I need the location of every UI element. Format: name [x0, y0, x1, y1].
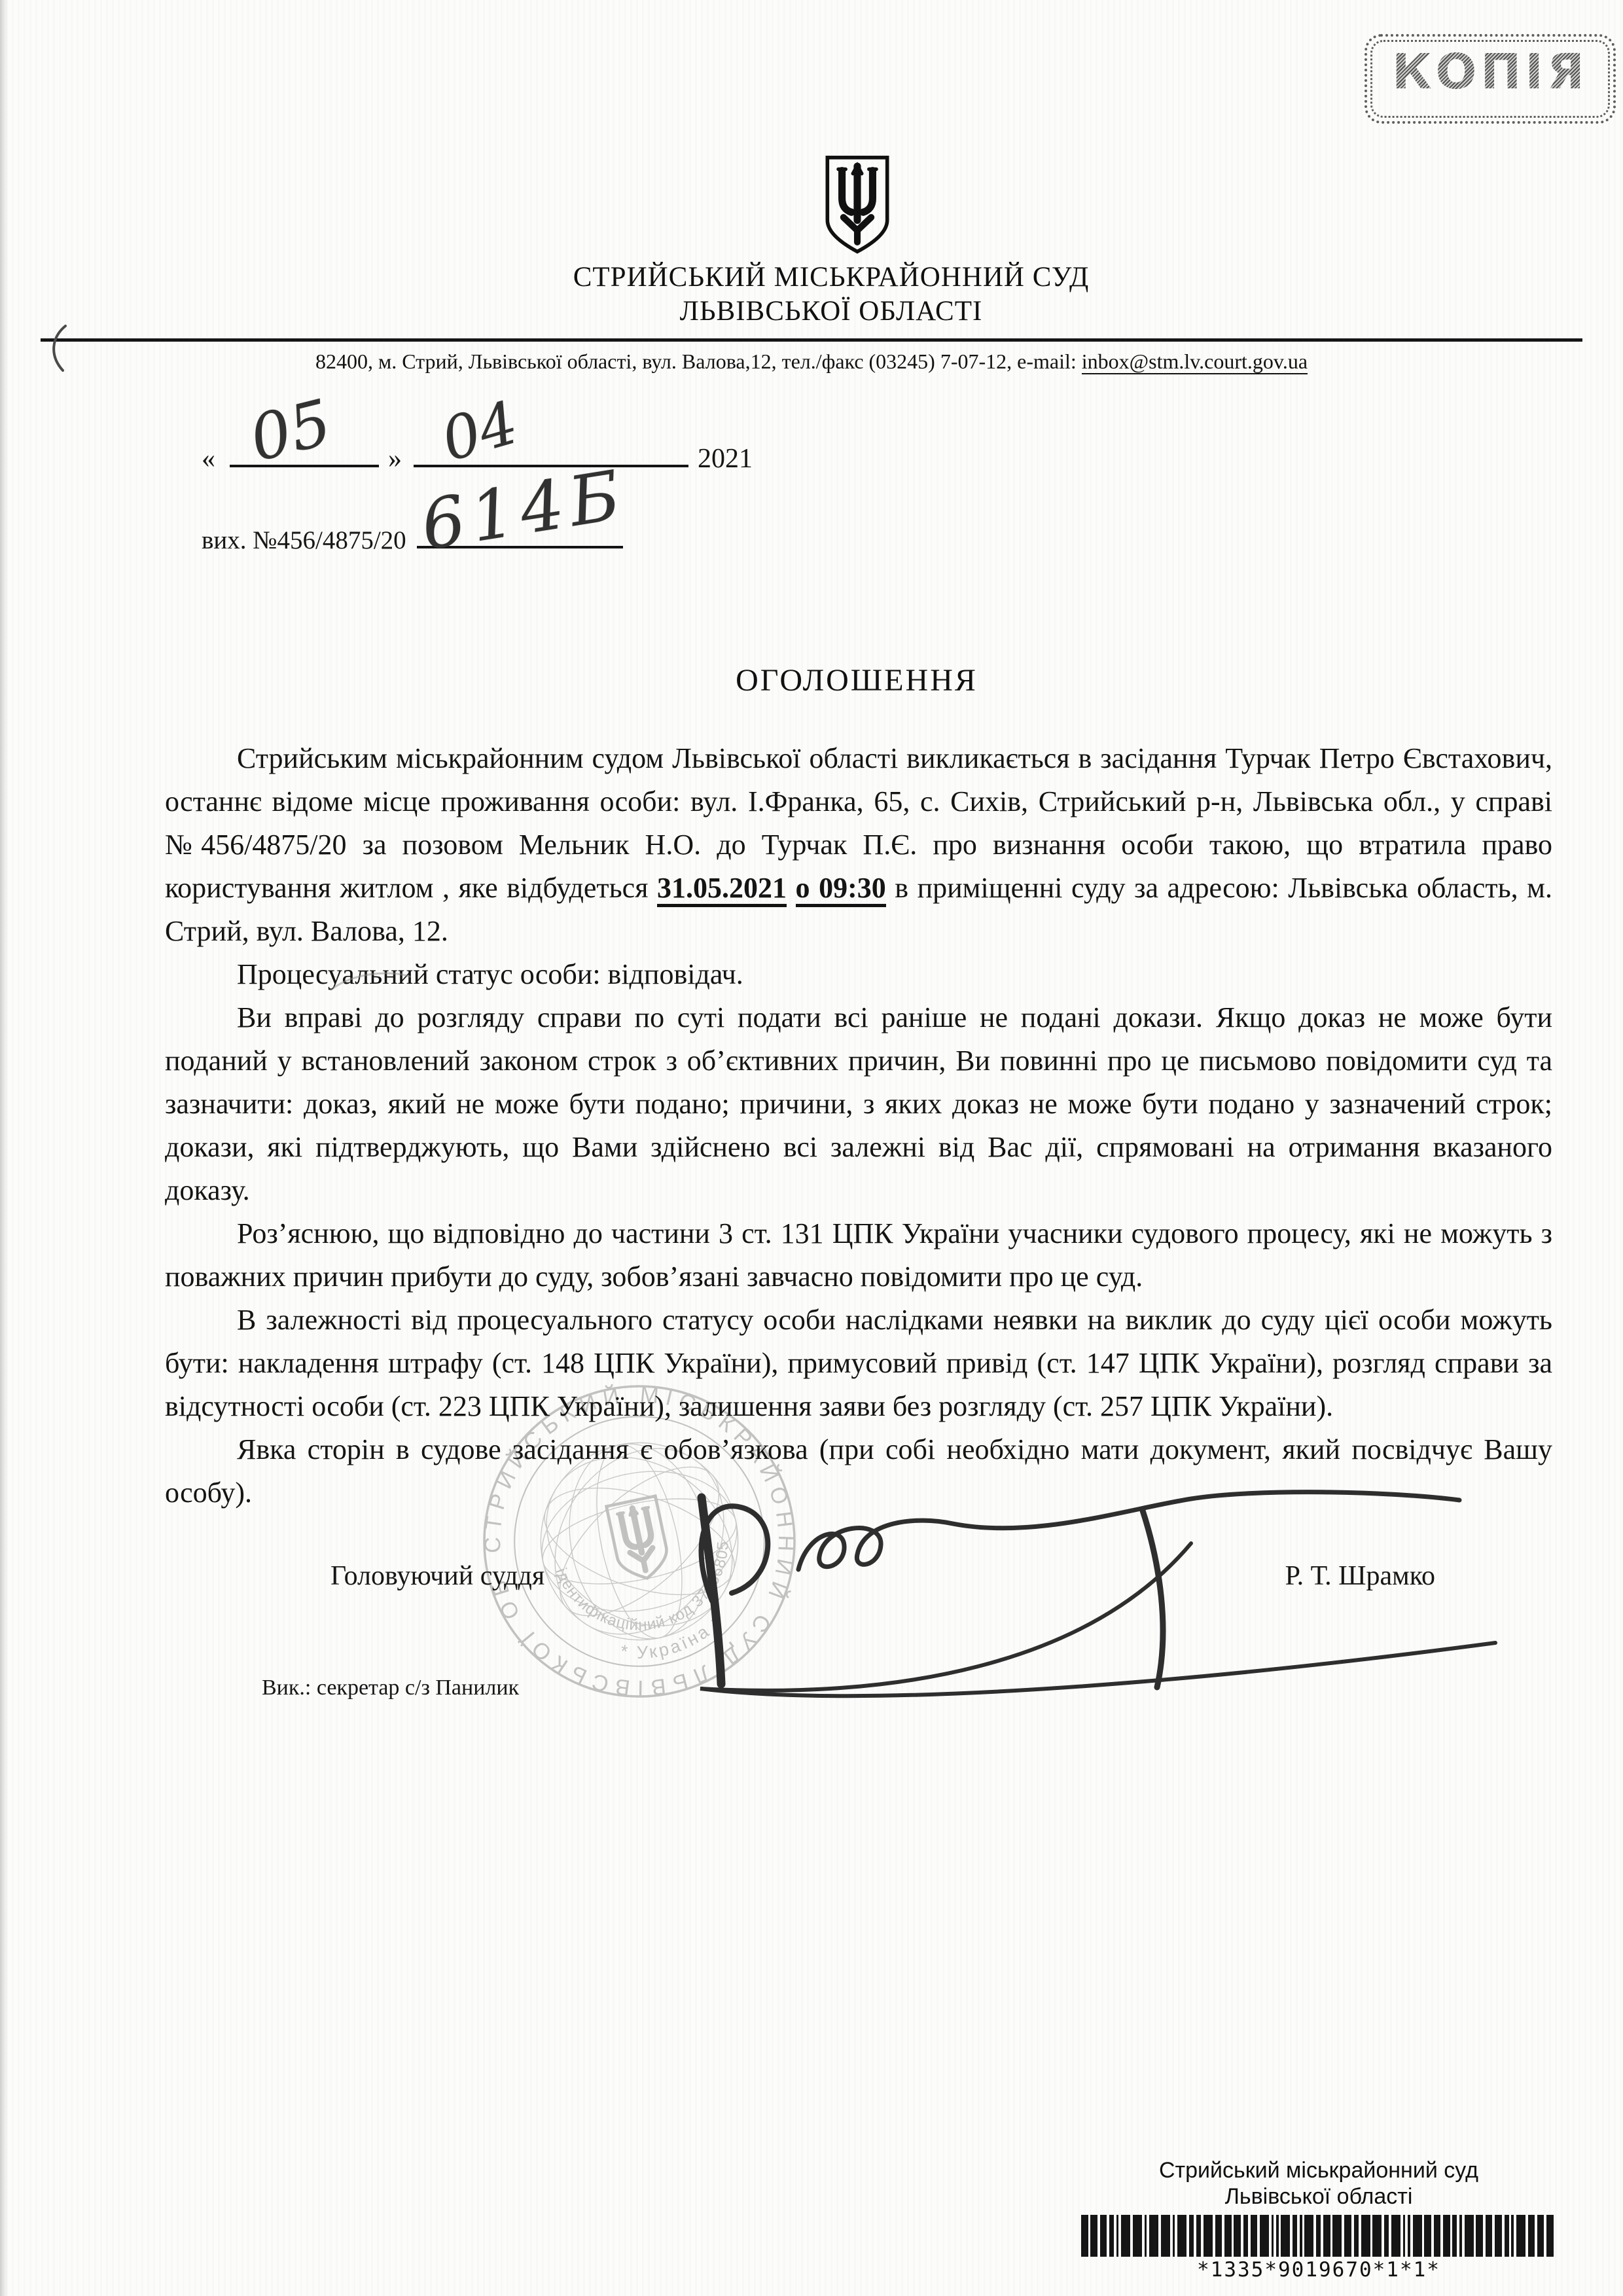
handwritten-month: 04	[435, 388, 526, 475]
document-body: Стрийським міськрайонним судом Львівсько…	[165, 737, 1552, 1515]
reference-blank-line: 614Б	[417, 518, 623, 548]
court-email-link[interactable]: inbox@stm.lv.court.gov.ua	[1082, 350, 1308, 374]
paragraph-evidence: Ви вправі до розгляду справи по суті под…	[165, 996, 1552, 1212]
barcode-text: *1335*9019670*1*1*	[1067, 2258, 1571, 2282]
day-blank-line: 05	[230, 437, 379, 467]
court-name-line2: ЛЬВІВСЬКОЇ ОБЛАСТІ	[0, 295, 1623, 329]
scan-edge-shadow	[0, 0, 10, 2296]
copy-stamp-border: КОПІЯ	[1370, 40, 1610, 118]
paragraph-notice: Роз’яснюю, що відповідно до частини 3 ст…	[165, 1212, 1552, 1299]
footer-court-line1: Стрийський міськрайонний суд	[1067, 2157, 1571, 2183]
handwritten-day: 05	[243, 386, 338, 476]
pencil-arc-artifact	[327, 967, 412, 994]
month-blank-line: 04	[414, 437, 688, 467]
trident-emblem-icon	[821, 153, 894, 255]
court-name: СТРИЙСЬКИЙ МІСЬКРАЙОННИЙ СУД ЛЬВІВСЬКОЇ …	[0, 260, 1623, 329]
footer-block: Стрийський міськрайонний суд Львівської …	[1067, 2157, 1571, 2282]
paragraph-summons: Стрийським міськрайонним судом Львівсько…	[165, 737, 1552, 953]
court-name-line1: СТРИЙСЬКИЙ МІСЬКРАЙОННИЙ СУД	[0, 260, 1623, 295]
quote-open: «	[202, 444, 215, 474]
year-label: 2021	[698, 444, 753, 474]
judge-signature-scribble	[458, 1458, 1538, 1733]
pen-mark-artifact	[43, 322, 73, 374]
document-title: ОГОЛОШЕННЯ	[160, 662, 1553, 698]
footer-court-line2: Львівської області	[1067, 2183, 1571, 2210]
copy-stamp-label: КОПІЯ	[1392, 44, 1588, 100]
hearing-date: 31.05.2021	[657, 872, 787, 907]
quote-close: »	[388, 444, 402, 474]
header-divider	[41, 338, 1582, 342]
paragraph-consequences: В залежності від процесуального статусу …	[165, 1299, 1552, 1428]
court-contact-text: 82400, м. Стрий, Львівської області, вул…	[315, 350, 1082, 373]
copy-stamp: КОПІЯ	[1364, 34, 1616, 124]
scanned-court-document: { "copy_stamp": { "label": "КОПІЯ" }, "h…	[0, 0, 1623, 2296]
court-contact-line: 82400, м. Стрий, Львівської області, вул…	[0, 350, 1623, 374]
barcode	[1081, 2215, 1556, 2257]
date-line: «05»042021	[202, 437, 753, 475]
space	[787, 872, 796, 904]
hearing-time: о 09:30	[796, 872, 886, 907]
reference-number-line: вих. №456/4875/20614Б	[202, 518, 623, 555]
reference-number-label: вих. №456/4875/20	[202, 526, 406, 554]
